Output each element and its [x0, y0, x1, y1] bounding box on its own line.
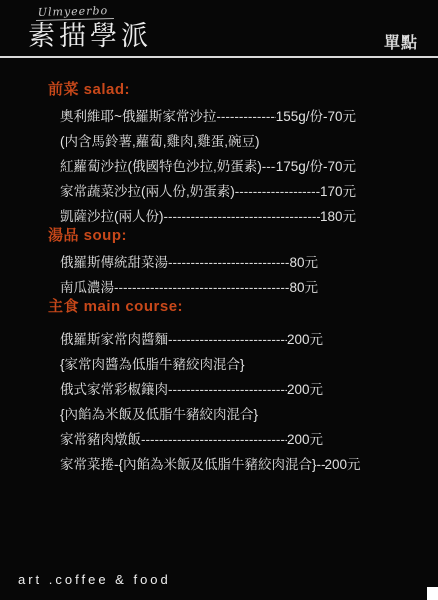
menu-item-price: 80元: [289, 255, 318, 270]
header: Ulmyeerbo 素描學派 單點: [0, 0, 438, 56]
menu-item-price: 200元: [287, 332, 323, 347]
menu-item-name: 家常豬肉燉飯: [60, 432, 141, 447]
menu-item-name: 俄羅斯傳統甜菜湯: [60, 255, 168, 270]
menu-item-name: 凱薩沙拉(兩人份): [60, 209, 164, 224]
dash-leader: ----------------------------------------…: [114, 280, 289, 295]
dash-leader: ----------------------------------------…: [168, 255, 289, 270]
menu-item-name: 俄式家常彩椒鑲肉: [60, 382, 168, 397]
menu-item-name: {家常肉醬為低脂牛豬絞肉混合}: [60, 357, 245, 372]
menu-item-row: 俄羅斯傳統甜菜湯--------------------------------…: [48, 255, 318, 270]
menu-item-name: 家常蔬菜沙拉(兩人份,奶蛋素): [60, 184, 235, 199]
menu-item-row: 家常蔬菜沙拉(兩人份,奶蛋素)-------------------------…: [48, 184, 356, 199]
dash-leader: ----------------------------------------…: [317, 457, 325, 472]
menu-item-price: 200元: [287, 382, 323, 397]
menu-item-note: {家常肉醬為低脂牛豬絞肉混合}: [48, 357, 438, 372]
menu-item-price: 80元: [289, 280, 318, 295]
menu-item-name: 紅蘿蔔沙拉(俄國特色沙拉,奶蛋素): [60, 159, 262, 174]
dash-leader: ----------------------------------------…: [164, 209, 320, 224]
menu-item-price: 175g/份-70元: [276, 159, 356, 174]
footer-tagline: art .coffee & food: [18, 572, 171, 587]
menu-item-name: 南瓜濃湯: [60, 280, 114, 295]
brand-name: 素描學派: [28, 21, 438, 51]
menu-item-row: 奧利維耶~俄羅斯家常沙拉 ---------------------------…: [48, 109, 356, 124]
menu-item-row: 紅蘿蔔沙拉(俄國特色沙拉,奶蛋素)-----------------------…: [48, 159, 356, 174]
menu-item-row: 家常豬肉燉飯----------------------------------…: [48, 432, 323, 447]
logo-script-signature: Ulmyeerbo: [36, 4, 115, 21]
menu-item-price: 155g/份-70元: [276, 109, 356, 124]
dash-leader: ----------------------------------------…: [216, 109, 275, 124]
dash-leader: ----------------------------------------…: [235, 184, 320, 199]
menu-item-name: 奧利維耶~俄羅斯家常沙拉: [60, 109, 216, 124]
menu-section: 主食 main course:俄羅斯家常肉醬麵-----------------…: [48, 295, 438, 472]
menu-section: 湯品 soup:俄羅斯傳統甜菜湯------------------------…: [48, 224, 438, 295]
dash-leader: ----------------------------------------…: [168, 382, 287, 397]
menu-item-row: 俄羅斯家常肉醬麵--------------------------------…: [48, 332, 323, 347]
menu-item-note: (内含馬鈴薯,蘿蔔,雞肉,雞蛋,碗豆): [48, 134, 438, 149]
dash-leader: ----------------------------------------…: [262, 159, 276, 174]
section-title: 湯品 soup:: [48, 224, 438, 245]
menu-item-note: {內餡為米飯及低脂牛豬絞肉混合}: [48, 407, 438, 422]
section-title: 主食 main course:: [48, 295, 438, 316]
menu-type-label: 單點: [384, 30, 418, 53]
corner-square-decoration: [427, 587, 438, 600]
menu-item-price: 200元: [325, 457, 361, 472]
dash-leader: ----------------------------------------…: [168, 332, 287, 347]
menu-item-name: {內餡為米飯及低脂牛豬絞肉混合}: [60, 407, 258, 422]
menu-section: 前菜 salad:奧利維耶~俄羅斯家常沙拉 ------------------…: [48, 78, 438, 224]
menu-item-price: 200元: [287, 432, 323, 447]
menu-item-row: 凱薩沙拉(兩人份)-------------------------------…: [48, 209, 356, 224]
menu-item-price: 180元: [320, 209, 356, 224]
menu-item-row: 南瓜濃湯------------------------------------…: [48, 280, 318, 295]
menu-item-price: 170元: [320, 184, 356, 199]
menu-item-row: 家常菜捲-{內餡為米飯及低脂牛豬絞肉混合}-------------------…: [48, 457, 323, 472]
section-title: 前菜 salad:: [48, 78, 438, 99]
menu-item-name: 家常菜捲-{內餡為米飯及低脂牛豬絞肉混合}: [60, 457, 317, 472]
menu-page: Ulmyeerbo 素描學派 單點 前菜 salad:奧利維耶~俄羅斯家常沙拉 …: [0, 0, 438, 600]
menu-sections: 前菜 salad:奧利維耶~俄羅斯家常沙拉 ------------------…: [0, 58, 438, 472]
menu-item-name: (内含馬鈴薯,蘿蔔,雞肉,雞蛋,碗豆): [60, 134, 260, 149]
menu-item-row: 俄式家常彩椒鑲肉--------------------------------…: [48, 382, 323, 397]
dash-leader: ----------------------------------------…: [141, 432, 287, 447]
menu-item-name: 俄羅斯家常肉醬麵: [60, 332, 168, 347]
